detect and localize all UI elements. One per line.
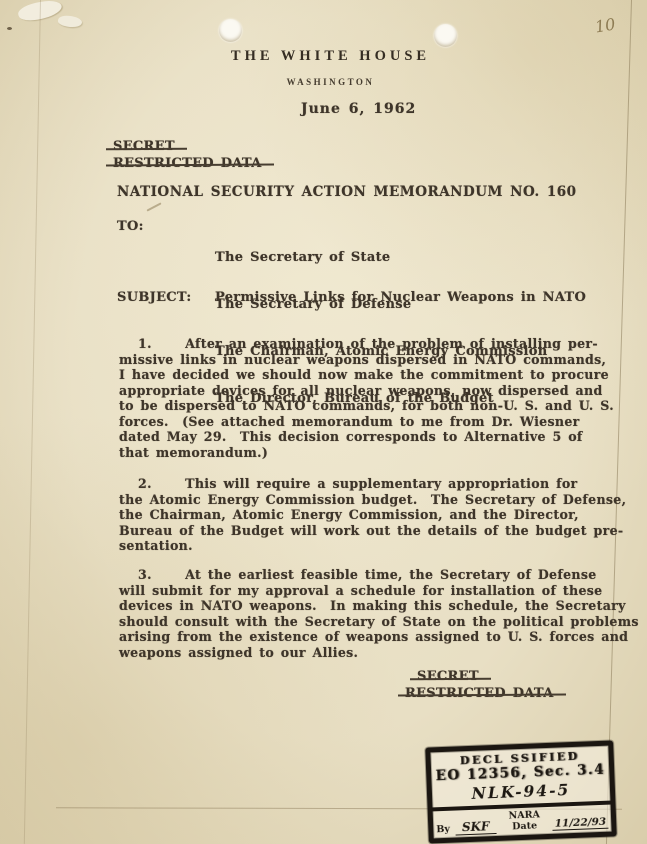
memo-date: June 6, 1962 xyxy=(301,101,416,117)
declassified-stamp: DECL SSIFIED EO 12356, Sec. 3.4 NLK-94-5… xyxy=(425,740,617,843)
letterhead-title: THE WHITE HOUSE xyxy=(7,48,647,65)
restricted-data-marking: RESTRICTED DATA xyxy=(113,156,262,173)
restricted-data-marking: RESTRICTED DATA xyxy=(405,686,554,703)
page-number: 10 xyxy=(594,15,617,37)
memo-paragraph-2: 2. This will require a supplementary app… xyxy=(119,476,626,554)
torn-paper-bit xyxy=(57,14,83,29)
stamp-by-label: By xyxy=(436,824,450,836)
subject-text: Permissive Links for Nuclear Weapons in … xyxy=(215,290,586,305)
subject-label: SUBJECT: xyxy=(117,290,192,305)
memo-paragraph-1: 1. After an examination of the problem o… xyxy=(119,336,614,460)
punch-hole-right xyxy=(434,24,457,47)
punch-hole-left xyxy=(219,19,242,42)
pencil-mark xyxy=(146,202,161,211)
stamp-date-value: 11/22/93 xyxy=(552,816,608,831)
letterhead-subtitle: WASHINGTON xyxy=(7,77,647,87)
classification-top: SECRET RESTRICTED DATA xyxy=(113,139,262,172)
secret-marking: SECRET xyxy=(113,139,175,156)
memo-title: NATIONAL SECURITY ACTION MEMORANDUM NO. … xyxy=(117,184,577,200)
memo-paragraph-3: 3. At the earliest feasible time, the Se… xyxy=(119,567,639,660)
secret-marking: SECRET xyxy=(417,669,479,686)
stamp-bottom-row: By SKF NARA Date 11/22/93 xyxy=(433,801,612,839)
stamp-nara-date-label: NARA Date xyxy=(501,809,548,833)
stamp-by-value: SKF xyxy=(455,819,497,836)
ink-speck xyxy=(7,27,12,30)
scanned-memo-page: 10 THE WHITE HOUSE WASHINGTON June 6, 19… xyxy=(0,0,647,844)
to-label: TO: xyxy=(117,219,144,234)
classification-bottom: SECRET RESTRICTED DATA xyxy=(405,669,554,702)
recipient: The Secretary of State xyxy=(215,250,548,266)
page-edge-left xyxy=(24,0,41,844)
